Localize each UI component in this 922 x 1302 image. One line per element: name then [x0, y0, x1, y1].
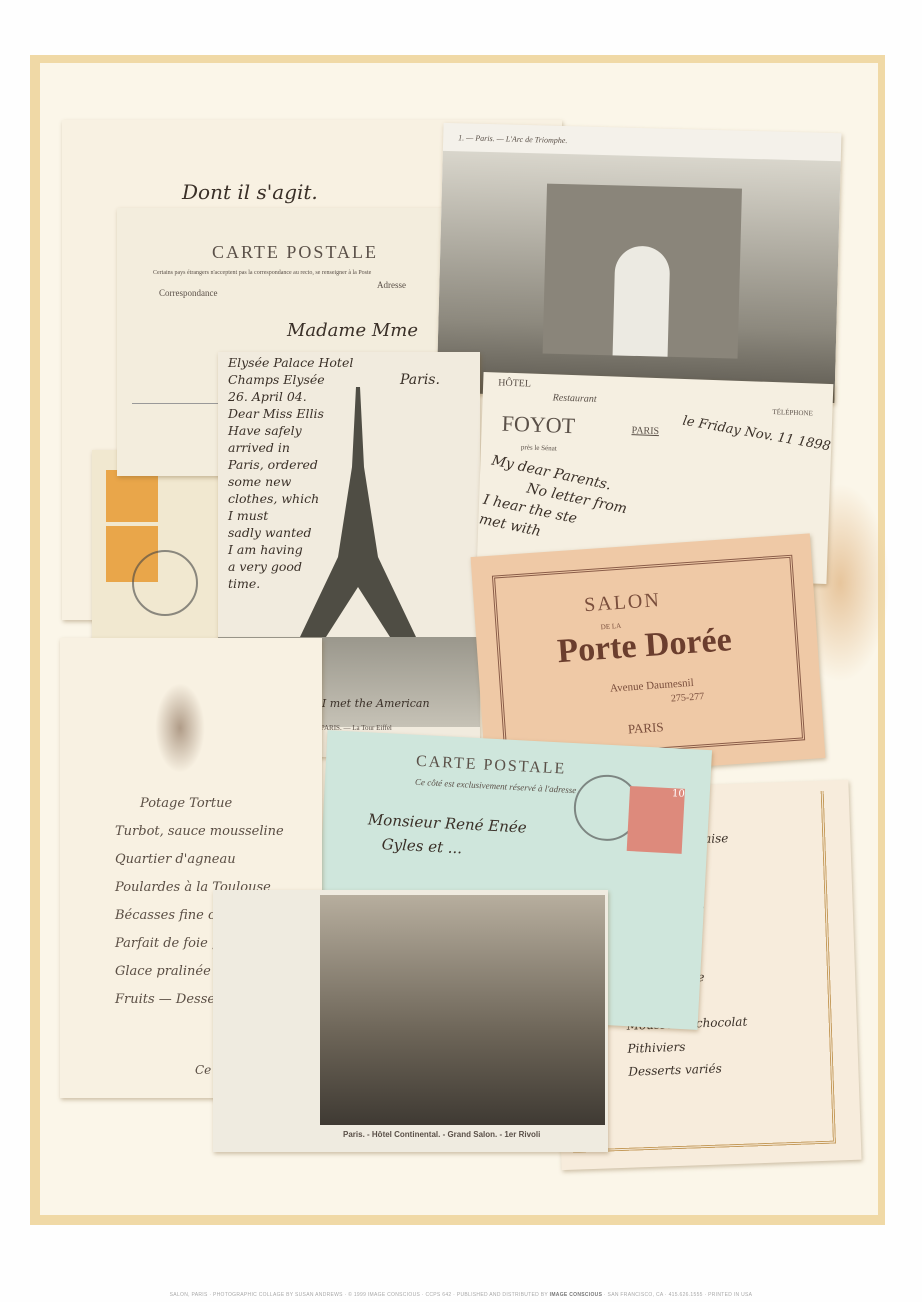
hand-line: Champs Elysée: [228, 371, 353, 388]
arc-de-triomphe-postcard: 1. — Paris. — L'Arc de Triomphe.: [437, 123, 842, 403]
foyot-sub: près le Sénat: [521, 443, 557, 452]
arc-caption: 1. — Paris. — L'Arc de Triomphe.: [458, 133, 567, 145]
menu-item: Quartier d'agneau: [115, 846, 284, 874]
arc-photo: [437, 151, 841, 403]
menu-item: Turbot, sauce mousseline: [115, 818, 284, 846]
letter-handwriting: Dont il s'agit.: [182, 180, 318, 204]
blue-hand-2: Gyles et ...: [381, 835, 462, 857]
blue-title: CARTE POSTALE: [416, 753, 567, 779]
foyot-restaurant: Restaurant: [553, 392, 597, 405]
foyot-telephone: TÉLÉPHONE: [772, 408, 813, 417]
stamp-value: 10: [672, 788, 685, 800]
stamped-envelope: [92, 450, 232, 640]
postmark: [132, 550, 198, 616]
hand-line: Elysée Palace Hotel: [228, 354, 353, 371]
foyot-letter-hand: My dear Parents. No letter from I hear t…: [477, 451, 633, 559]
eiffel-tower-drawing: [298, 387, 418, 637]
hand-line: Desserts variés: [628, 1057, 749, 1084]
carte-left-label: Correspondance: [159, 288, 217, 298]
postage-stamp: 10: [627, 786, 685, 854]
hotel-continental-postcard: Paris. - Hôtel Continental. - Grand Salo…: [213, 890, 608, 1152]
blue-hand-1: Monsieur René Enée: [368, 810, 528, 836]
grand-salon-photo: [320, 895, 605, 1125]
foyot-date-hand: le Friday Nov. 11 1898: [681, 414, 831, 455]
carte-right-label: Adresse: [377, 280, 406, 290]
foyot-city: PARIS: [631, 425, 659, 437]
carte-title: CARTE POSTALE: [212, 242, 378, 263]
footer-text: SALON, PARIS · PHOTOGRAPHIC COLLAGE BY S…: [170, 1292, 548, 1298]
eiffel-address-hand: Paris.: [400, 372, 440, 388]
blue-subtitle: Ce côté est exclusivement réservé à l'ad…: [415, 777, 577, 795]
footer-text-2: · SAN FRANCISCO, CA · 415.626.1555 · PRI…: [604, 1292, 752, 1298]
stamp-orange-1: [106, 470, 158, 522]
dancers-illustration: [155, 683, 205, 773]
foyot-name: FOYOT: [501, 411, 575, 440]
carte-address-hand: Madame Mme: [287, 320, 418, 341]
foyot-hotel: HÔTEL: [498, 377, 531, 389]
salon-city: PARIS: [627, 719, 664, 737]
publisher-footer: SALON, PARIS · PHOTOGRAPHIC COLLAGE BY S…: [0, 1292, 922, 1298]
footer-brand: IMAGE CONSCIOUS: [550, 1292, 603, 1298]
salon-numbers: 275-277: [671, 691, 705, 704]
hotel-caption: Paris. - Hôtel Continental. - Grand Salo…: [343, 1130, 540, 1139]
carte-subtitle: Certains pays étrangers n'acceptent pas …: [153, 270, 371, 276]
menu-item: Potage Tortue: [115, 790, 284, 818]
